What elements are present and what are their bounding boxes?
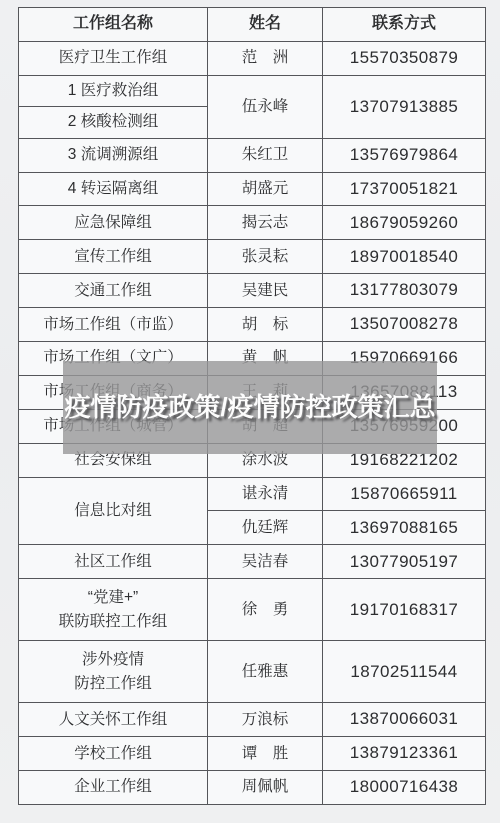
table-row: 学校工作组 谭 胜 13879123361 xyxy=(19,737,486,771)
table-row: 交通工作组 吴建民 13177803079 xyxy=(19,274,486,308)
header-group-name: 工作组名称 xyxy=(19,8,208,42)
name-cell: 伍永峰 xyxy=(208,75,323,138)
header-person-name: 姓名 xyxy=(208,8,323,42)
table-row: 人文关怀工作组 万浪标 13870066031 xyxy=(19,703,486,737)
name-cell: 张灵耘 xyxy=(208,240,323,274)
table-row: 1 医疗救治组 伍永峰 13707913885 xyxy=(19,75,486,106)
group-cell: 信息比对组 xyxy=(19,477,208,545)
name-cell: 吴洁春 xyxy=(208,545,323,579)
group-cell: 市场工作组（市监） xyxy=(19,308,208,342)
name-cell: 胡盛元 xyxy=(208,172,323,206)
phone-cell: 18702511544 xyxy=(323,641,486,703)
watermark-text: 疫情防疫政策/疫情防控政策汇总 xyxy=(63,389,436,426)
phone-cell: 13077905197 xyxy=(323,545,486,579)
phone-cell: 17370051821 xyxy=(323,172,486,206)
name-cell: 胡 标 xyxy=(208,308,323,342)
phone-cell: 15570350879 xyxy=(323,42,486,76)
name-cell: 周佩帆 xyxy=(208,771,323,805)
group-cell: 医疗卫生工作组 xyxy=(19,42,208,76)
phone-cell: 13177803079 xyxy=(323,274,486,308)
table-row: 企业工作组 周佩帆 18000716438 xyxy=(19,771,486,805)
header-contact: 联系方式 xyxy=(323,8,486,42)
group-cell: 4 转运隔离组 xyxy=(19,172,208,206)
group-cell: “党建+” 联防联控工作组 xyxy=(19,579,208,641)
page-background: 工作组名称 姓名 联系方式 医疗卫生工作组 范 洲 15570350879 1 … xyxy=(0,0,500,823)
table-row: 市场工作组（市监） 胡 标 13507008278 xyxy=(19,308,486,342)
phone-cell: 18970018540 xyxy=(323,240,486,274)
table-header-row: 工作组名称 姓名 联系方式 xyxy=(19,8,486,42)
phone-cell: 13507008278 xyxy=(323,308,486,342)
name-cell: 徐 勇 xyxy=(208,579,323,641)
group-cell: 涉外疫情 防控工作组 xyxy=(19,641,208,703)
phone-cell: 18679059260 xyxy=(323,206,486,240)
phone-cell: 13879123361 xyxy=(323,737,486,771)
name-cell: 仇廷辉 xyxy=(208,511,323,545)
phone-cell: 19170168317 xyxy=(323,579,486,641)
table-row: 应急保障组 揭云志 18679059260 xyxy=(19,206,486,240)
phone-cell: 13576979864 xyxy=(323,138,486,172)
table-row: 涉外疫情 防控工作组 任雅惠 18702511544 xyxy=(19,641,486,703)
phone-cell: 13697088165 xyxy=(323,511,486,545)
table-row: “党建+” 联防联控工作组 徐 勇 19170168317 xyxy=(19,579,486,641)
name-cell: 吴建民 xyxy=(208,274,323,308)
name-cell: 谌永清 xyxy=(208,477,323,511)
name-cell: 谭 胜 xyxy=(208,737,323,771)
phone-cell: 15870665911 xyxy=(323,477,486,511)
name-cell: 任雅惠 xyxy=(208,641,323,703)
name-cell: 朱红卫 xyxy=(208,138,323,172)
table-row: 4 转运隔离组 胡盛元 17370051821 xyxy=(19,172,486,206)
group-cell: 2 核酸检测组 xyxy=(19,107,208,138)
watermark-overlay: 疫情防疫政策/疫情防控政策汇总 xyxy=(63,361,437,454)
table-row: 社区工作组 吴洁春 13077905197 xyxy=(19,545,486,579)
phone-cell: 18000716438 xyxy=(323,771,486,805)
group-cell: 交通工作组 xyxy=(19,274,208,308)
group-cell: 应急保障组 xyxy=(19,206,208,240)
group-cell: 企业工作组 xyxy=(19,771,208,805)
table-row: 医疗卫生工作组 范 洲 15570350879 xyxy=(19,42,486,76)
table-row: 3 流调溯源组 朱红卫 13576979864 xyxy=(19,138,486,172)
group-cell: 学校工作组 xyxy=(19,737,208,771)
group-cell: 1 医疗救治组 xyxy=(19,75,208,106)
name-cell: 揭云志 xyxy=(208,206,323,240)
name-cell: 范 洲 xyxy=(208,42,323,76)
group-cell: 社区工作组 xyxy=(19,545,208,579)
table-row: 宣传工作组 张灵耘 18970018540 xyxy=(19,240,486,274)
group-cell: 3 流调溯源组 xyxy=(19,138,208,172)
phone-cell: 13707913885 xyxy=(323,75,486,138)
group-cell: 人文关怀工作组 xyxy=(19,703,208,737)
group-cell: 宣传工作组 xyxy=(19,240,208,274)
phone-cell: 13870066031 xyxy=(323,703,486,737)
name-cell: 万浪标 xyxy=(208,703,323,737)
table-row: 信息比对组 谌永清 15870665911 xyxy=(19,477,486,511)
